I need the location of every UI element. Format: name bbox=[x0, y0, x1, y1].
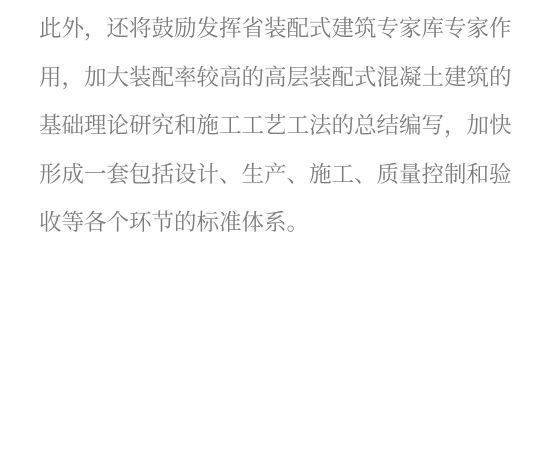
paragraph-line-1: 此外，还将鼓励发挥省装配式建筑专家库专家作 bbox=[39, 5, 512, 54]
paragraph-line-5: 收等各个环节的标准体系。 bbox=[39, 199, 512, 248]
paragraph-line-4: 形成一套包括设计、生产、施工、质量控制和验 bbox=[39, 151, 512, 200]
article-body: 此外，还将鼓励发挥省装配式建筑专家库专家作 用，加大装配率较高的高层装配式混凝土… bbox=[0, 0, 550, 248]
paragraph-line-3: 基础理论研究和施工工艺工法的总结编写，加快 bbox=[39, 102, 512, 151]
article-paragraph: 此外，还将鼓励发挥省装配式建筑专家库专家作 用，加大装配率较高的高层装配式混凝土… bbox=[39, 5, 512, 248]
paragraph-line-2: 用，加大装配率较高的高层装配式混凝土建筑的 bbox=[39, 54, 512, 103]
